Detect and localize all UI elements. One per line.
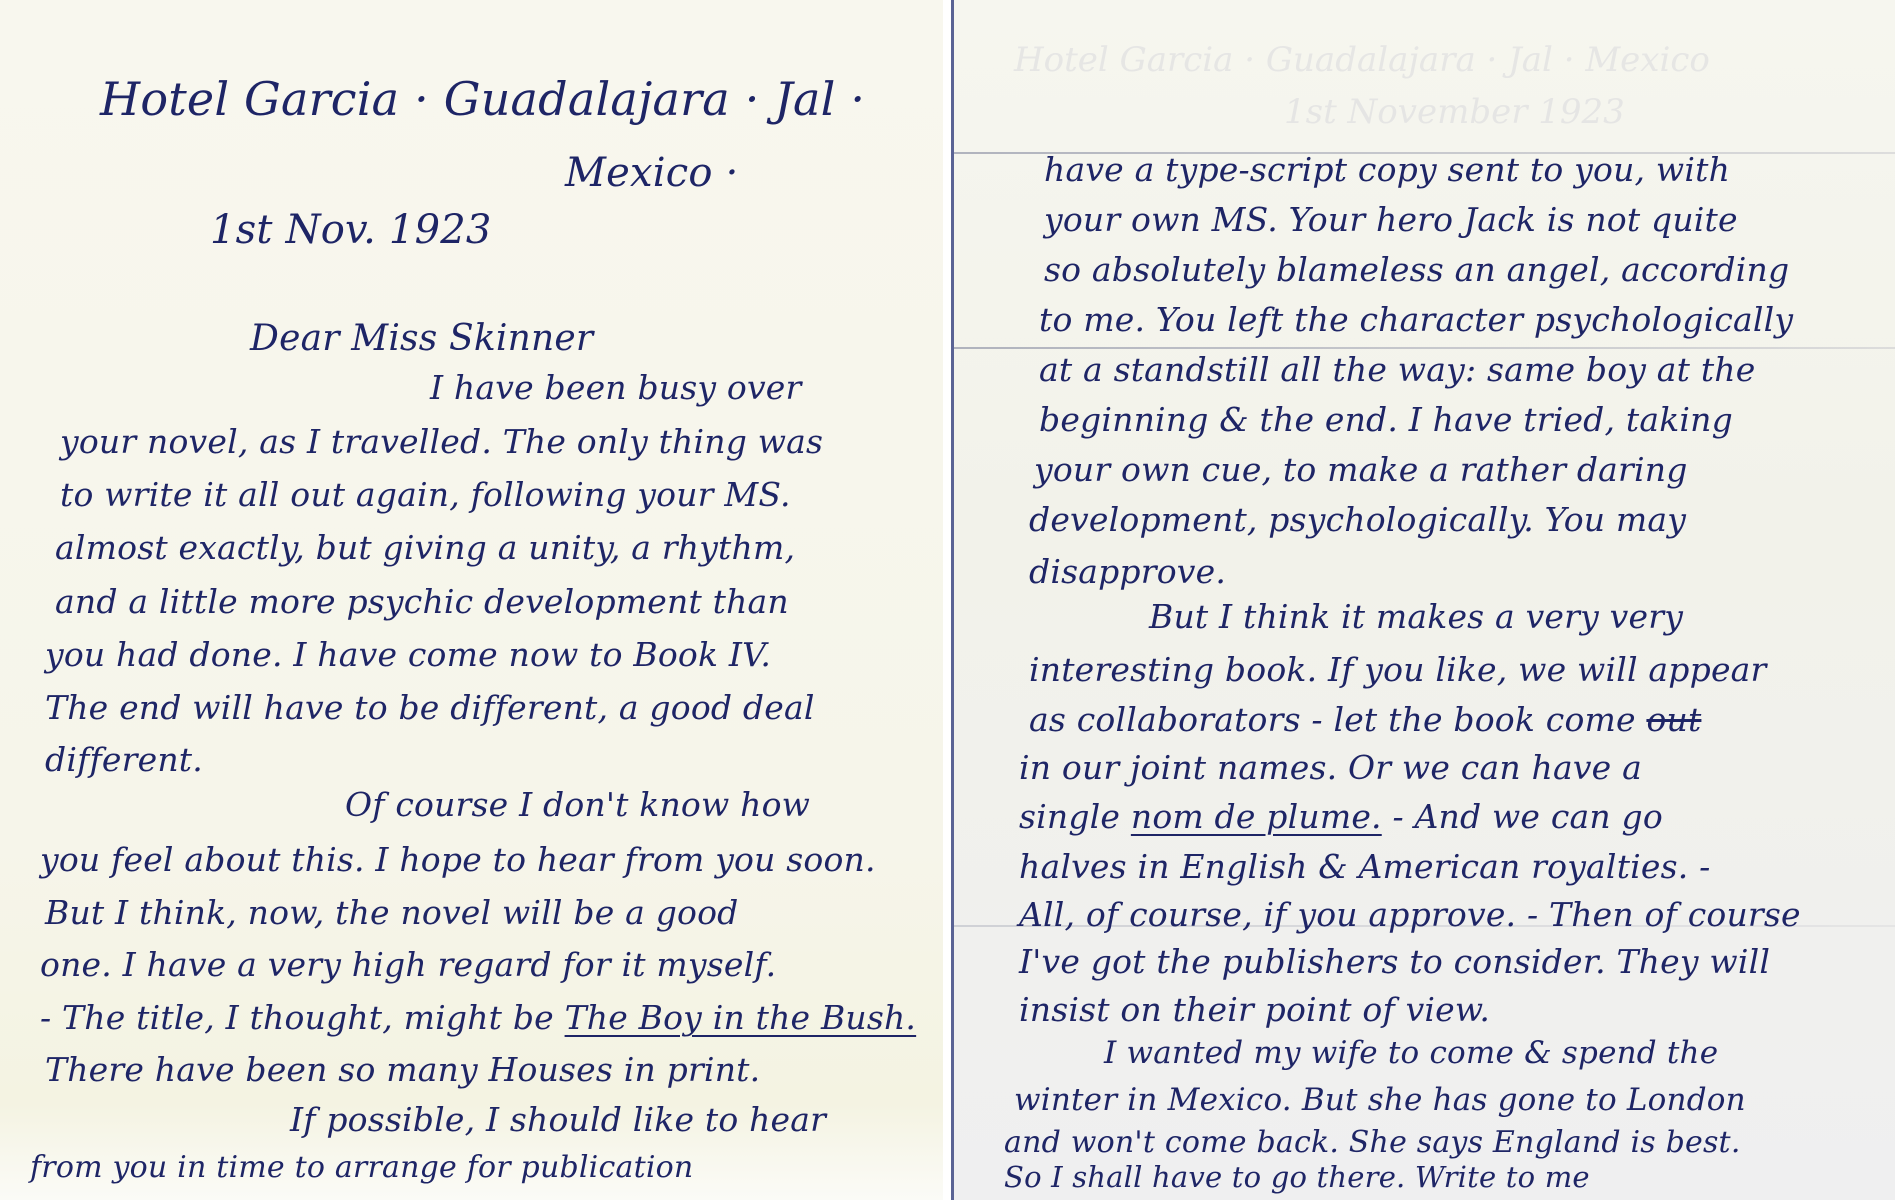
letter-line: your novel, as I travelled. The only thi… [60,422,823,461]
letter-line: halves in English & American royalties. … [1019,847,1711,886]
letter-line-text: - The title, I thought, might be [40,998,554,1037]
letter-salutation: Dear Miss Skinner [250,318,593,359]
letter-line: But I think it makes a very very [1149,597,1683,636]
letter-line: beginning & the end. I have tried, takin… [1039,400,1733,439]
letter-line-nom: single nom de plume. - And we can go [1019,797,1663,836]
letter-line: winter in Mexico. But she has gone to Lo… [1014,1082,1746,1118]
letter-line: The end will have to be different, a goo… [45,688,815,727]
letter-line: If possible, I should like to hear [290,1100,826,1139]
letter-line: There have been so many Houses in print. [45,1050,760,1089]
nom-de-plume: nom de plume. [1131,797,1382,836]
letter-line: I have been busy over [430,368,802,407]
letter-line: So I shall have to go there. Write to me [1004,1160,1590,1194]
letter-line: you feel about this. I hope to hear from… [40,840,876,879]
letter-line-title: - The title, I thought, might be The Boy… [40,998,916,1037]
letter-line: your own cue, to make a rather daring [1034,450,1688,489]
letter-line: interesting book. If you like, we will a… [1029,650,1767,689]
letter-line: and a little more psychic development th… [55,582,789,621]
letter-line: at a standstill all the way: same boy at… [1039,350,1755,389]
letter-page-right: Hotel Garcia · Guadalajara · Jal · Mexic… [951,0,1895,1200]
letter-line: have a type-script copy sent to you, wit… [1044,150,1730,189]
letter-line: disapprove. [1029,552,1226,591]
letter-line-text: as collaborators - let the book come [1029,700,1636,739]
letter-line: so absolutely blameless an angel, accord… [1044,250,1789,289]
letter-page-left: Hotel Garcia · Guadalajara · Jal · Mexic… [0,0,943,1200]
letter-line: from you in time to arrange for publicat… [30,1150,693,1185]
proposed-title: The Boy in the Bush. [565,998,917,1037]
letter-line: in our joint names. Or we can have a [1019,748,1642,787]
letter-line-text: single [1019,797,1120,836]
letter-address: Hotel Garcia · Guadalajara · Jal · [100,72,865,126]
letter-line: almost exactly, but giving a unity, a rh… [55,528,795,567]
letter-line: I wanted my wife to come & spend the [1104,1035,1718,1071]
crossed-out-word: out [1646,700,1701,739]
letter-line: your own MS. Your hero Jack is not quite [1044,200,1738,239]
letter-line: different. [45,740,203,779]
letter-line: All, of course, if you approve. - Then o… [1019,895,1801,934]
paper-fold-line [954,347,1895,349]
letter-line-text: - And we can go [1382,797,1663,836]
ghost-date: 1st November 1923 [1284,92,1625,132]
letter-line: development, psychologically. You may [1029,500,1686,539]
letter-date: 1st Nov. 1923 [210,207,492,253]
letter-line: one. I have a very high regard for it my… [40,945,776,984]
letter-spread: Hotel Garcia · Guadalajara · Jal · Mexic… [0,0,1895,1200]
letter-line: to me. You left the character psychologi… [1039,300,1793,339]
letter-country: Mexico · [565,150,739,196]
letter-line: But I think, now, the novel will be a go… [45,893,738,932]
letter-line: you had done. I have come now to Book IV… [45,635,771,674]
ghost-letterhead: Hotel Garcia · Guadalajara · Jal · Mexic… [1014,40,1710,80]
letter-line: Of course I don't know how [345,785,810,824]
letter-line: insist on their point of view. [1019,990,1490,1029]
letter-line-collab: as collaborators - let the book come out [1029,700,1701,739]
letter-line: I've got the publishers to consider. The… [1019,942,1770,981]
letter-line: to write it all out again, following you… [60,475,791,514]
page-gutter [943,0,951,1200]
letter-line: and won't come back. She says England is… [1004,1125,1741,1160]
